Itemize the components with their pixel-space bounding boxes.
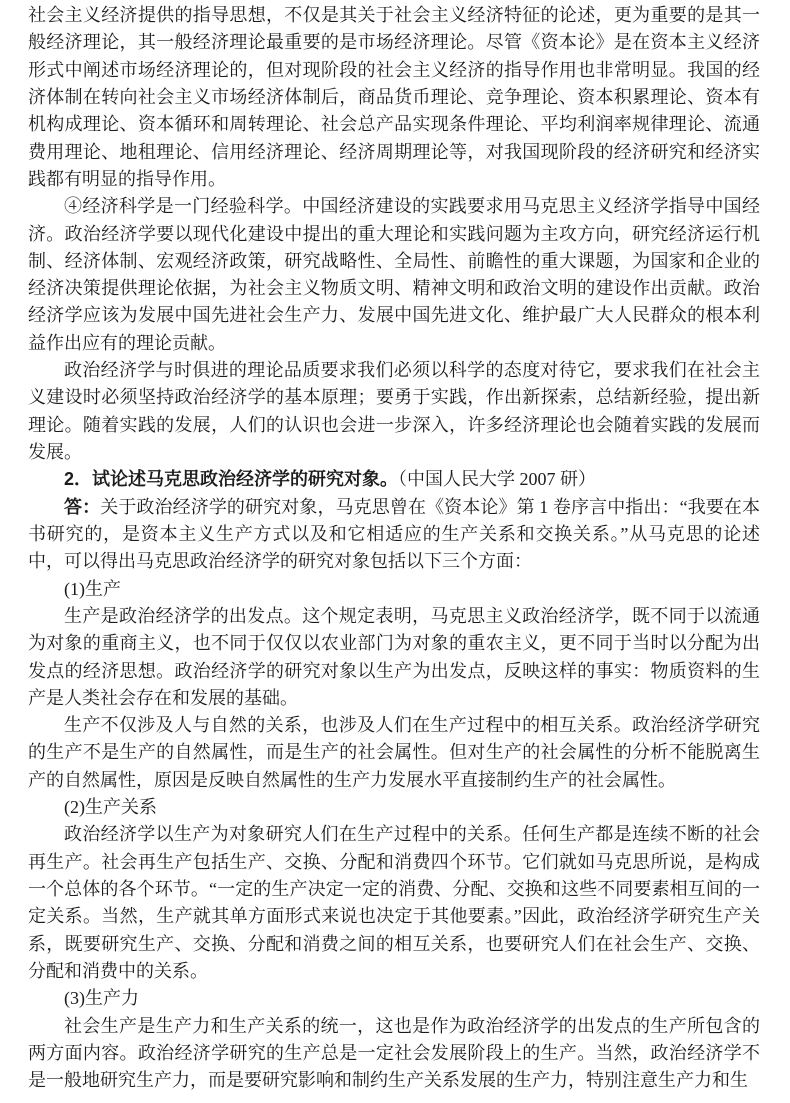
emphasis-text-run: 2．试论述马克思政治经济学的研究对象。 bbox=[64, 469, 398, 489]
text-run: (1)生产 bbox=[64, 579, 121, 599]
document-content: 社会主义经济提供的指导思想，不仅是其关于社会主义经济特征的论述，更为重要的是其一… bbox=[28, 2, 760, 1095]
text-run: 社会生产是生产力和生产关系的统一，这也是作为政治经济学的出发点的生产所包含的两方… bbox=[28, 1016, 760, 1091]
text-run: 政治经济学与时俱进的理论品质要求我们必须以科学的态度对待它，要求我们在社会主义建… bbox=[28, 360, 760, 462]
paragraph: 社会主义经济提供的指导思想，不仅是其关于社会主义经济特征的论述，更为重要的是其一… bbox=[28, 2, 760, 193]
paragraph: 社会生产是生产力和生产关系的统一，这也是作为政治经济学的出发点的生产所包含的两方… bbox=[28, 1013, 760, 1095]
paragraph: ④经济科学是一门经验科学。中国经济建设的实践要求用马克思主义经济学指导中国经济。… bbox=[28, 193, 760, 357]
text-run: 社会主义经济提供的指导思想，不仅是其关于社会主义经济特征的论述，更为重要的是其一… bbox=[28, 5, 760, 189]
emphasis-text-run: 答： bbox=[64, 497, 100, 517]
text-run: 政治经济学以生产为对象研究人们在生产过程中的关系。任何生产都是连续不断的社会再生… bbox=[28, 824, 760, 981]
paragraph: 生产不仅涉及人与自然的关系，也涉及人们在生产过程中的相互关系。政治经济学研究的生… bbox=[28, 712, 760, 794]
text-run: ④经济科学是一门经验科学。中国经济建设的实践要求用马克思主义经济学指导中国经济。… bbox=[28, 196, 760, 353]
paragraph: (2)生产关系 bbox=[28, 794, 760, 821]
text-run: 关于政治经济学的研究对象，马克思曾在《资本论》第 1 卷序言中指出：“我要在本书… bbox=[28, 497, 760, 572]
paragraph: 政治经济学与时俱进的理论品质要求我们必须以科学的态度对待它，要求我们在社会主义建… bbox=[28, 357, 760, 466]
paragraph: 生产是政治经济学的出发点。这个规定表明，马克思主义政治经济学，既不同于以流通为对… bbox=[28, 603, 760, 712]
text-run: (2)生产关系 bbox=[64, 797, 157, 817]
document-page: 社会主义经济提供的指导思想，不仅是其关于社会主义经济特征的论述，更为重要的是其一… bbox=[0, 0, 790, 1103]
text-run: （中国人民大学 2007 研） bbox=[398, 469, 596, 489]
paragraph: 2．试论述马克思政治经济学的研究对象。（中国人民大学 2007 研） bbox=[28, 466, 760, 493]
text-run: 生产不仅涉及人与自然的关系，也涉及人们在生产过程中的相互关系。政治经济学研究的生… bbox=[28, 715, 760, 790]
text-run: 生产是政治经济学的出发点。这个规定表明，马克思主义政治经济学，既不同于以流通为对… bbox=[28, 606, 760, 708]
paragraph: (1)生产 bbox=[28, 576, 760, 603]
text-run: (3)生产力 bbox=[64, 988, 139, 1008]
paragraph: 答：关于政治经济学的研究对象，马克思曾在《资本论》第 1 卷序言中指出：“我要在… bbox=[28, 494, 760, 576]
paragraph: 政治经济学以生产为对象研究人们在生产过程中的关系。任何生产都是连续不断的社会再生… bbox=[28, 821, 760, 985]
paragraph: (3)生产力 bbox=[28, 985, 760, 1012]
